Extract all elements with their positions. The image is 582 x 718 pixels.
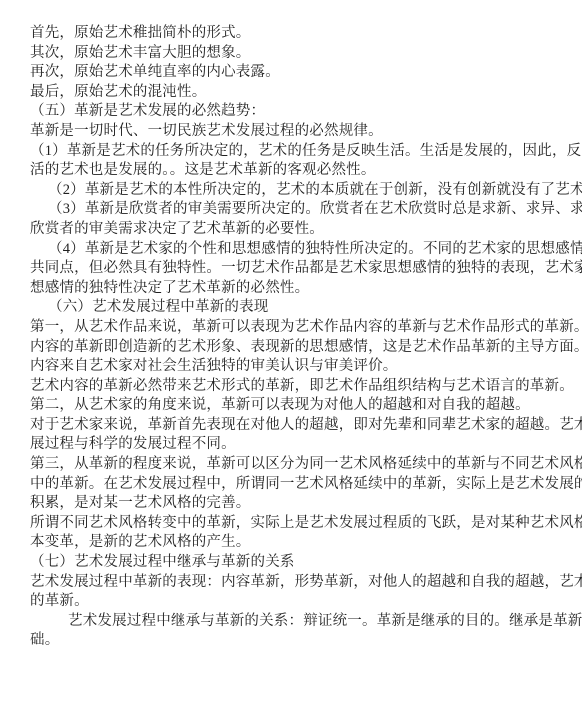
text-line: 艺术发展过程中革新的表现：内容革新，形势革新，对他人的超越和自我的超越，艺术风格: [30, 573, 554, 593]
text-line: 积累，是对某一艺术风格的完善。: [30, 494, 554, 514]
text-line: 其次，原始艺术丰富大胆的想象。: [30, 44, 554, 64]
text-line: 本变革，是新的艺术风格的产生。: [30, 533, 554, 553]
text-line: 内容来自艺术家对社会生活独特的审美认识与审美评价。: [30, 357, 554, 377]
text-line: 第三，从革新的程度来说，革新可以区分为同一艺术风格延续中的革新与不同艺术风格转变: [30, 455, 554, 475]
text-line: 内容的革新即创造新的艺术形象、表现新的思想感情，这是艺术作品革新的主导方面。艺术: [30, 338, 554, 358]
text-line: 第二，从艺术家的角度来说，革新可以表现为对他人的超越和对自我的超越。: [30, 396, 554, 416]
text-line: 对于艺术家来说，革新首先表现在对他人的超越，即对先辈和同辈艺术家的超越。艺术的发: [30, 416, 554, 436]
text-line: 展过程与科学的发展过程不同。: [30, 435, 554, 455]
text-line: 中的革新。在艺术发展过程中，所谓同一艺术风格延续中的革新，实际上是艺术发展的量的: [30, 475, 554, 495]
text-line: 最后，原始艺术的混沌性。: [30, 83, 554, 103]
text-line: （1）革新是艺术的任务所决定的，艺术的任务是反映生活。生活是发展的，因此，反映生: [30, 142, 554, 162]
section-heading-7: （七）艺术发展过程中继承与革新的关系: [30, 553, 554, 573]
text-line: 共同点，但必然具有独特性。一切艺术作品都是艺术家思想感情的独特的表现，艺术家的思: [30, 259, 554, 279]
text-line: 首先，原始艺术稚拙简朴的形式。: [30, 24, 554, 44]
text-line: 础。: [30, 631, 554, 651]
document-page: 首先，原始艺术稚拙简朴的形式。 其次，原始艺术丰富大胆的想象。 再次，原始艺术单…: [0, 0, 582, 718]
text-line: 想感情的独特性决定了艺术革新的必然性。: [30, 279, 554, 299]
text-line: 第一，从艺术作品来说，革新可以表现为艺术作品内容的革新与艺术作品形式的革新。艺术: [30, 318, 554, 338]
text-line: 活的艺术也是发展的。。这是艺术革新的客观必然性。: [30, 161, 554, 181]
text-line: 的革新。: [30, 592, 554, 612]
text-line: （3）革新是欣赏者的审美需要所决定的。欣赏者在艺术欣赏时总是求新、求异、求变，: [30, 200, 554, 220]
text-line: 再次，原始艺术单纯直率的内心表露。: [30, 63, 554, 83]
text-line: 艺术发展过程中继承与革新的关系：辩证统一。革新是继承的目的。继承是革新的基: [30, 612, 554, 632]
text-line: （2）革新是艺术的本性所决定的，艺术的本质就在于创新，没有创新就没有了艺术。: [30, 181, 554, 201]
text-line: 革新是一切时代、一切民族艺术发展过程的必然规律。: [30, 122, 554, 142]
text-line: 所谓不同艺术风格转变中的革新，实际上是艺术发展过程质的飞跃，是对某种艺术风格的根: [30, 514, 554, 534]
section-heading-5: （五）革新是艺术发展的必然趋势：: [30, 102, 554, 122]
section-heading-6: （六）艺术发展过程中革新的表现: [30, 298, 554, 318]
text-line: 欣赏者的审美需求决定了艺术革新的必要性。: [30, 220, 554, 240]
text-line: （4）革新是艺术家的个性和思想感情的独特性所决定的。不同的艺术家的思想感情因有: [30, 240, 554, 260]
text-line: 艺术内容的革新必然带来艺术形式的革新，即艺术作品组织结构与艺术语言的革新。: [30, 377, 554, 397]
document-text-block: 首先，原始艺术稚拙简朴的形式。 其次，原始艺术丰富大胆的想象。 再次，原始艺术单…: [30, 24, 554, 651]
